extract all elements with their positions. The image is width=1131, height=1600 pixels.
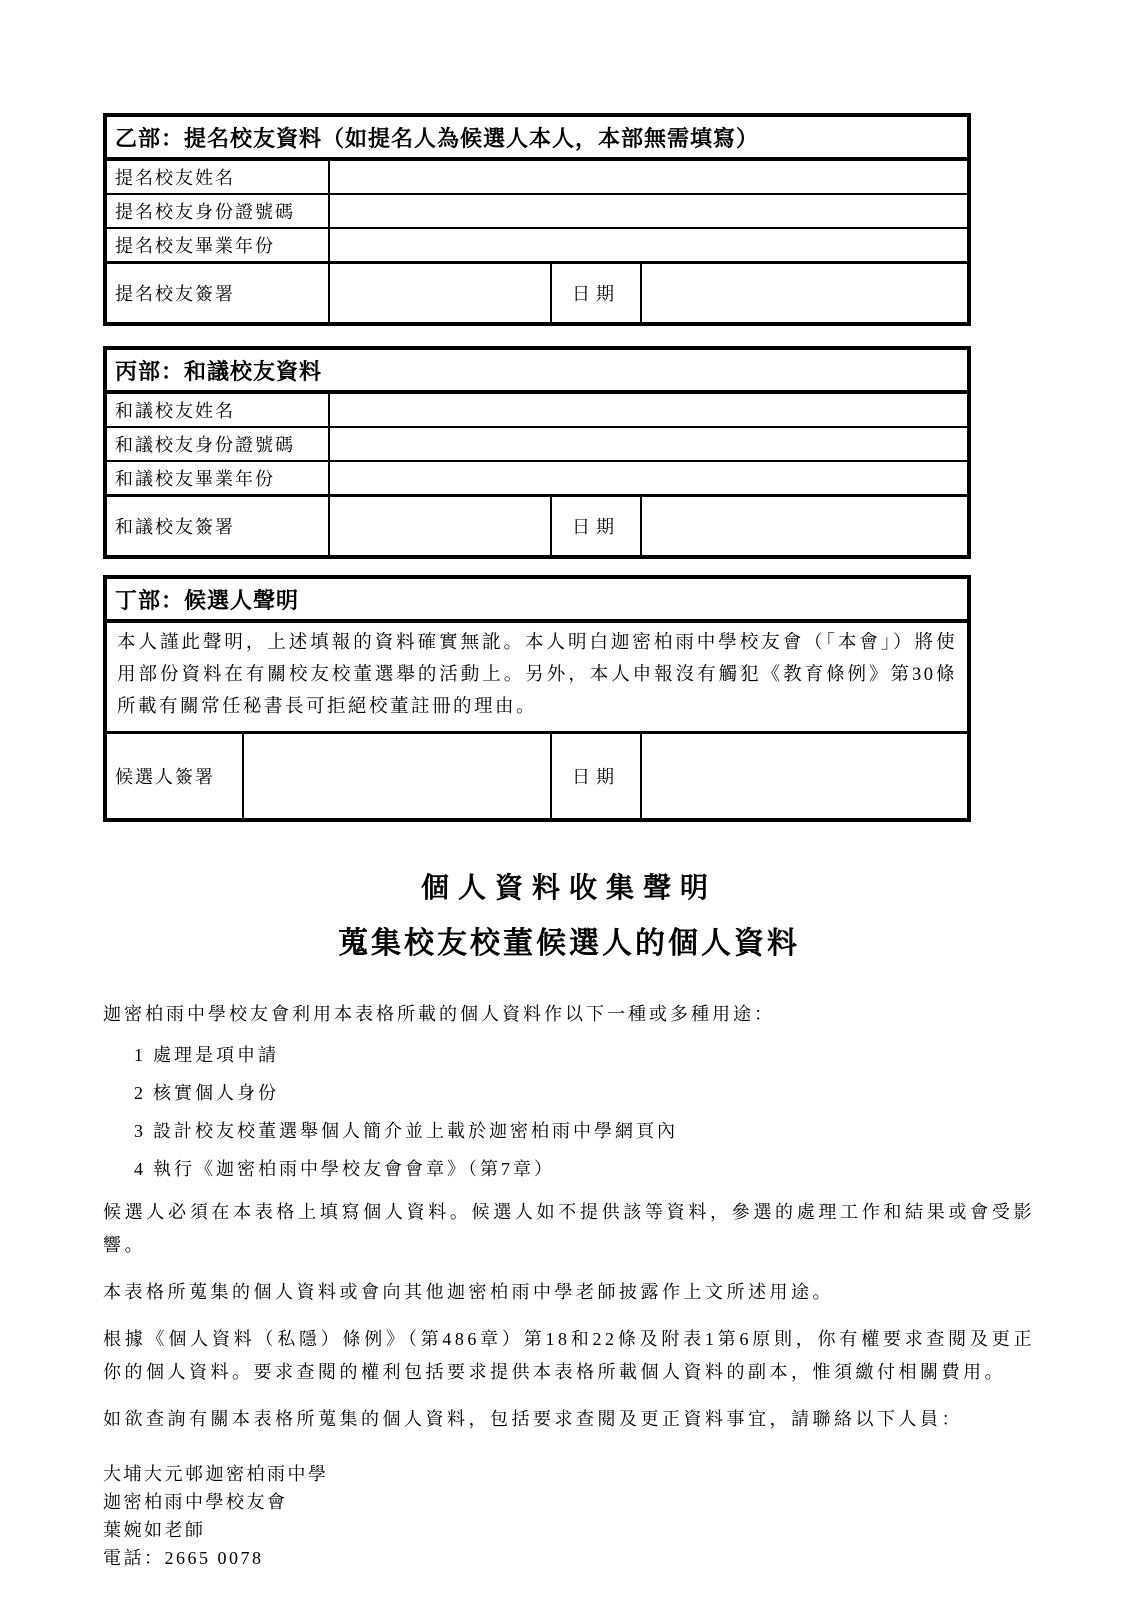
purpose-item-2: 2核實個人身份 [103,1080,1035,1106]
purpose-number: 4 [134,1159,143,1179]
contact-alumni-association: 迦密柏雨中學校友會 [103,1488,1035,1516]
part-d-header: 丁部：候選人聲明 [105,577,969,621]
page-content: 乙部：提名校友資料（如提名人為候選人本人，本部無需填寫） 提名校友姓名 提名校友… [0,0,1035,1572]
statement-subtitle: 蒐集校友校董候選人的個人資料 [103,926,1035,962]
purpose-text: 執行《迦密柏雨中學校友會會章》（第7章） [153,1159,555,1179]
seconder-signature-label: 和議校友簽署 [105,496,329,558]
purpose-item-3: 3設計校友校董選舉個人簡介並上載於迦密柏雨中學網頁內 [103,1118,1035,1144]
nominator-grad-year-input[interactable] [329,228,969,263]
nominator-date-label: 日期 [551,263,641,325]
seconder-date-input[interactable] [641,496,969,558]
candidate-signature-label: 候選人簽署 [105,733,243,821]
seconder-id-label: 和議校友身份證號碼 [105,427,329,461]
contact-school-address: 大埔大元邨迦密柏雨中學 [103,1460,1035,1488]
part-c-header: 丙部：和議校友資料 [105,348,969,392]
candidate-date-input[interactable] [641,733,969,821]
statement-title: 個人資料收集聲明 [103,872,1035,906]
candidate-date-label: 日期 [551,733,641,821]
purpose-number: 3 [134,1121,143,1141]
part-b-nominator-table: 乙部：提名校友資料（如提名人為候選人本人，本部無需填寫） 提名校友姓名 提名校友… [103,113,971,326]
seconder-grad-year-input[interactable] [329,461,969,496]
statement-paragraph-2: 本表格所蒐集的個人資料或會向其他迦密柏雨中學老師披露作上文所述用途。 [103,1276,1035,1309]
nominator-date-input[interactable] [641,263,969,325]
part-d-declaration-table: 丁部：候選人聲明 本人謹此聲明，上述填報的資料確實無訛。本人明白迦密柏雨中學校友… [103,575,971,822]
statement-paragraph-3: 根據《個人資料（私隱）條例》（第486章）第18和22條及附表1第6原則，你有權… [103,1323,1035,1389]
form-page: 乙部：提名校友資料（如提名人為候選人本人，本部無需填寫） 提名校友姓名 提名校友… [0,0,1131,1600]
nominator-id-label: 提名校友身份證號碼 [105,194,329,228]
purpose-number: 1 [134,1045,143,1065]
nominator-signature-input[interactable] [329,263,551,325]
contact-block: 大埔大元邨迦密柏雨中學 迦密柏雨中學校友會 葉婉如老師 電話：2665 0078 [103,1460,1035,1572]
nominator-name-label: 提名校友姓名 [105,159,329,194]
purpose-item-1: 1處理是項申請 [103,1042,1035,1068]
statement-paragraph-1: 候選人必須在本表格上填寫個人資料。候選人如不提供該等資料，參選的處理工作和結果或… [103,1196,1035,1262]
seconder-signature-input[interactable] [329,496,551,558]
purpose-number: 2 [134,1083,143,1103]
statement-paragraph-4: 如欲查詢有關本表格所蒐集的個人資料，包括要求查閱及更正資料事宜，請聯絡以下人員： [103,1403,1035,1436]
seconder-grad-year-label: 和議校友畢業年份 [105,461,329,496]
seconder-date-label: 日期 [551,496,641,558]
seconder-id-input[interactable] [329,427,969,461]
purpose-text: 處理是項申請 [153,1045,279,1065]
seconder-name-input[interactable] [329,392,969,427]
candidate-signature-input[interactable] [243,733,551,821]
purpose-item-4: 4執行《迦密柏雨中學校友會會章》（第7章） [103,1156,1035,1182]
purpose-text: 核實個人身份 [153,1083,279,1103]
part-b-header: 乙部：提名校友資料（如提名人為候選人本人，本部無需填寫） [105,115,969,159]
nominator-signature-label: 提名校友簽署 [105,263,329,325]
candidate-declaration-text: 本人謹此聲明，上述填報的資料確實無訛。本人明白迦密柏雨中學校友會（「本會」）將使… [105,621,969,733]
statement-intro: 迦密柏雨中學校友會利用本表格所載的個人資料作以下一種或多種用途： [103,998,1035,1030]
nominator-name-input[interactable] [329,159,969,194]
purpose-text: 設計校友校董選舉個人簡介並上載於迦密柏雨中學網頁內 [153,1121,678,1141]
seconder-name-label: 和議校友姓名 [105,392,329,427]
nominator-id-input[interactable] [329,194,969,228]
contact-phone: 電話：2665 0078 [103,1544,1035,1572]
nominator-grad-year-label: 提名校友畢業年份 [105,228,329,263]
contact-person: 葉婉如老師 [103,1516,1035,1544]
part-c-seconder-table: 丙部：和議校友資料 和議校友姓名 和議校友身份證號碼 和議校友畢業年份 和議校友… [103,346,971,559]
